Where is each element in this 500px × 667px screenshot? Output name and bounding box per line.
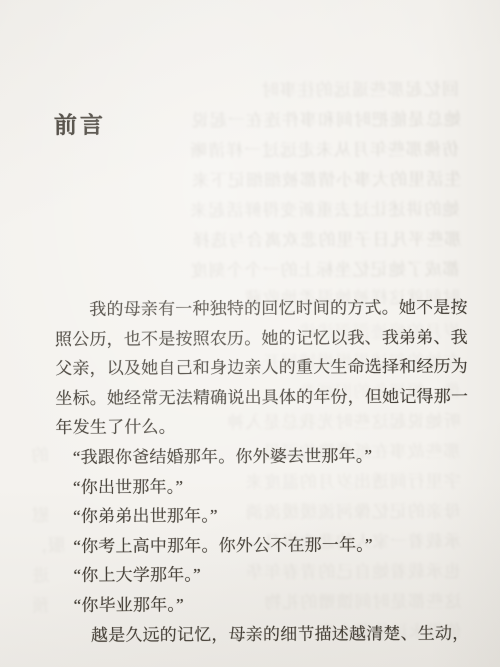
text-line: “你毕业那年。” [56,589,470,621]
text-line: “你出世那年。” [56,470,470,502]
body-text: 我的母亲有一种独特的回忆时间的方式。她不是按照公历，也不是按照农历。她的记忆以我… [55,293,471,650]
printed-text-layer: 前言 我的母亲有一种独特的回忆时间的方式。她不是按照公历，也不是按照农历。她的记… [0,0,500,667]
text-line: 年发生了什么。 [55,411,469,443]
text-line: “我跟你爸结婚那年。你外婆去世那年。” [56,441,470,473]
text-line: “你上大学那年。” [56,559,470,591]
text-line: 照公历，也不是按照农历。她的记忆以我、我弟弟、我 [55,322,469,354]
text-line: “你弟弟出世那年。” [56,500,470,532]
text-line: 我的母亲有一种独特的回忆时间的方式。她不是按 [55,293,469,325]
text-line: 坐标。她经常无法精确说出具体的年份，但她记得那一 [55,382,469,414]
text-line: “你考上高中那年。你外公不在那一年。” [56,530,470,562]
page-title: 前言 [54,107,106,140]
book-page-photo: 回忆起那些遥远的往事时她总是能把时间和事件连在一起说仿佛那些年月从未走远过一样清… [0,0,500,667]
text-line: 越是久远的记忆，母亲的细节描述越清楚、生动， [57,618,471,650]
text-line: 父亲，以及她自己和身边亲人的重大生命选择和经历为 [55,352,469,384]
paper-sheet: 回忆起那些遥远的往事时她总是能把时间和事件连在一起说仿佛那些年月从未走远过一样清… [0,0,500,667]
